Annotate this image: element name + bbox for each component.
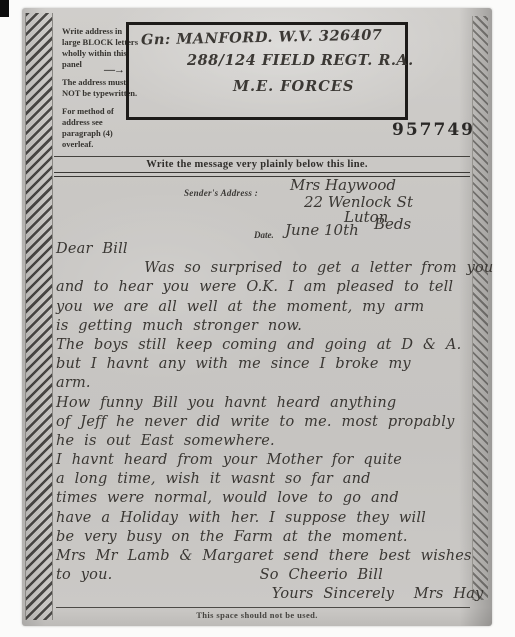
divider-line-double — [54, 172, 470, 177]
letter-line: be very busy on the Farm at the moment. — [56, 529, 484, 548]
letter-line: Was so surprised to get a letter from yo… — [56, 260, 484, 279]
date-label: Date. — [254, 230, 274, 240]
letter-line: Mrs Mr Lamb & Margaret send there best w… — [56, 548, 484, 567]
letter-line: arm. — [56, 375, 484, 394]
serial-number: 957749 — [392, 120, 475, 140]
address-line-name: Gn: MANFORD. W.V. 326407 — [141, 26, 383, 48]
date-value: June 10th — [285, 221, 359, 239]
letter-line: of Jeff he never did write to me. most p… — [56, 414, 484, 433]
letter-line: How funny Bill you havnt heard anything — [56, 395, 484, 414]
letter-body: Dear Bill Was so surprised to get a lett… — [56, 241, 484, 606]
letter-form-photo: Write address in large BLOCK letters who… — [22, 8, 492, 626]
letter-line: to you. So Cheerio Bill — [56, 567, 484, 586]
divider-line-top — [54, 156, 470, 157]
sender-name: Mrs Haywood — [290, 176, 396, 194]
hatched-border-left — [25, 13, 53, 620]
letter-line: and to hear you were O.K. I am pleased t… — [56, 279, 484, 298]
letter-line: he is out East somewhere. — [56, 433, 484, 452]
letter-line: times were normal, would love to go and — [56, 490, 484, 509]
address-line-regiment: 288/124 FIELD REGT. R.A. — [187, 52, 414, 69]
footer-caption: This space should not be used. — [22, 610, 492, 620]
letter-line: I havnt heard from your Mother for quite — [56, 452, 484, 471]
letter-line: but I havnt any with me since I broke my — [56, 356, 484, 375]
address-line-forces: M.E. FORCES — [233, 78, 354, 95]
sender-address-label: Sender's Address : — [184, 188, 258, 198]
sender-county: Beds — [374, 215, 411, 233]
letter-line: Dear Bill — [56, 241, 484, 260]
letter-line: Yours Sincerely Mrs Hay — [56, 586, 484, 605]
letter-line: The boys still keep coming and going at … — [56, 337, 484, 356]
footer-divider-line — [56, 607, 470, 608]
letter-line: a long time, wish it wasnt so far and — [56, 471, 484, 490]
message-divider-caption: Write the message very plainly below thi… — [22, 159, 492, 170]
letter-line: you we are all well at the moment, my ar… — [56, 299, 484, 318]
letter-line: is getting much stronger now. — [56, 318, 484, 337]
address-panel-box: Gn: MANFORD. W.V. 326407 288/124 FIELD R… — [126, 22, 408, 120]
scan-artifact-mark — [0, 0, 9, 17]
letter-line: have a Holiday with her. I suppose they … — [56, 510, 484, 529]
